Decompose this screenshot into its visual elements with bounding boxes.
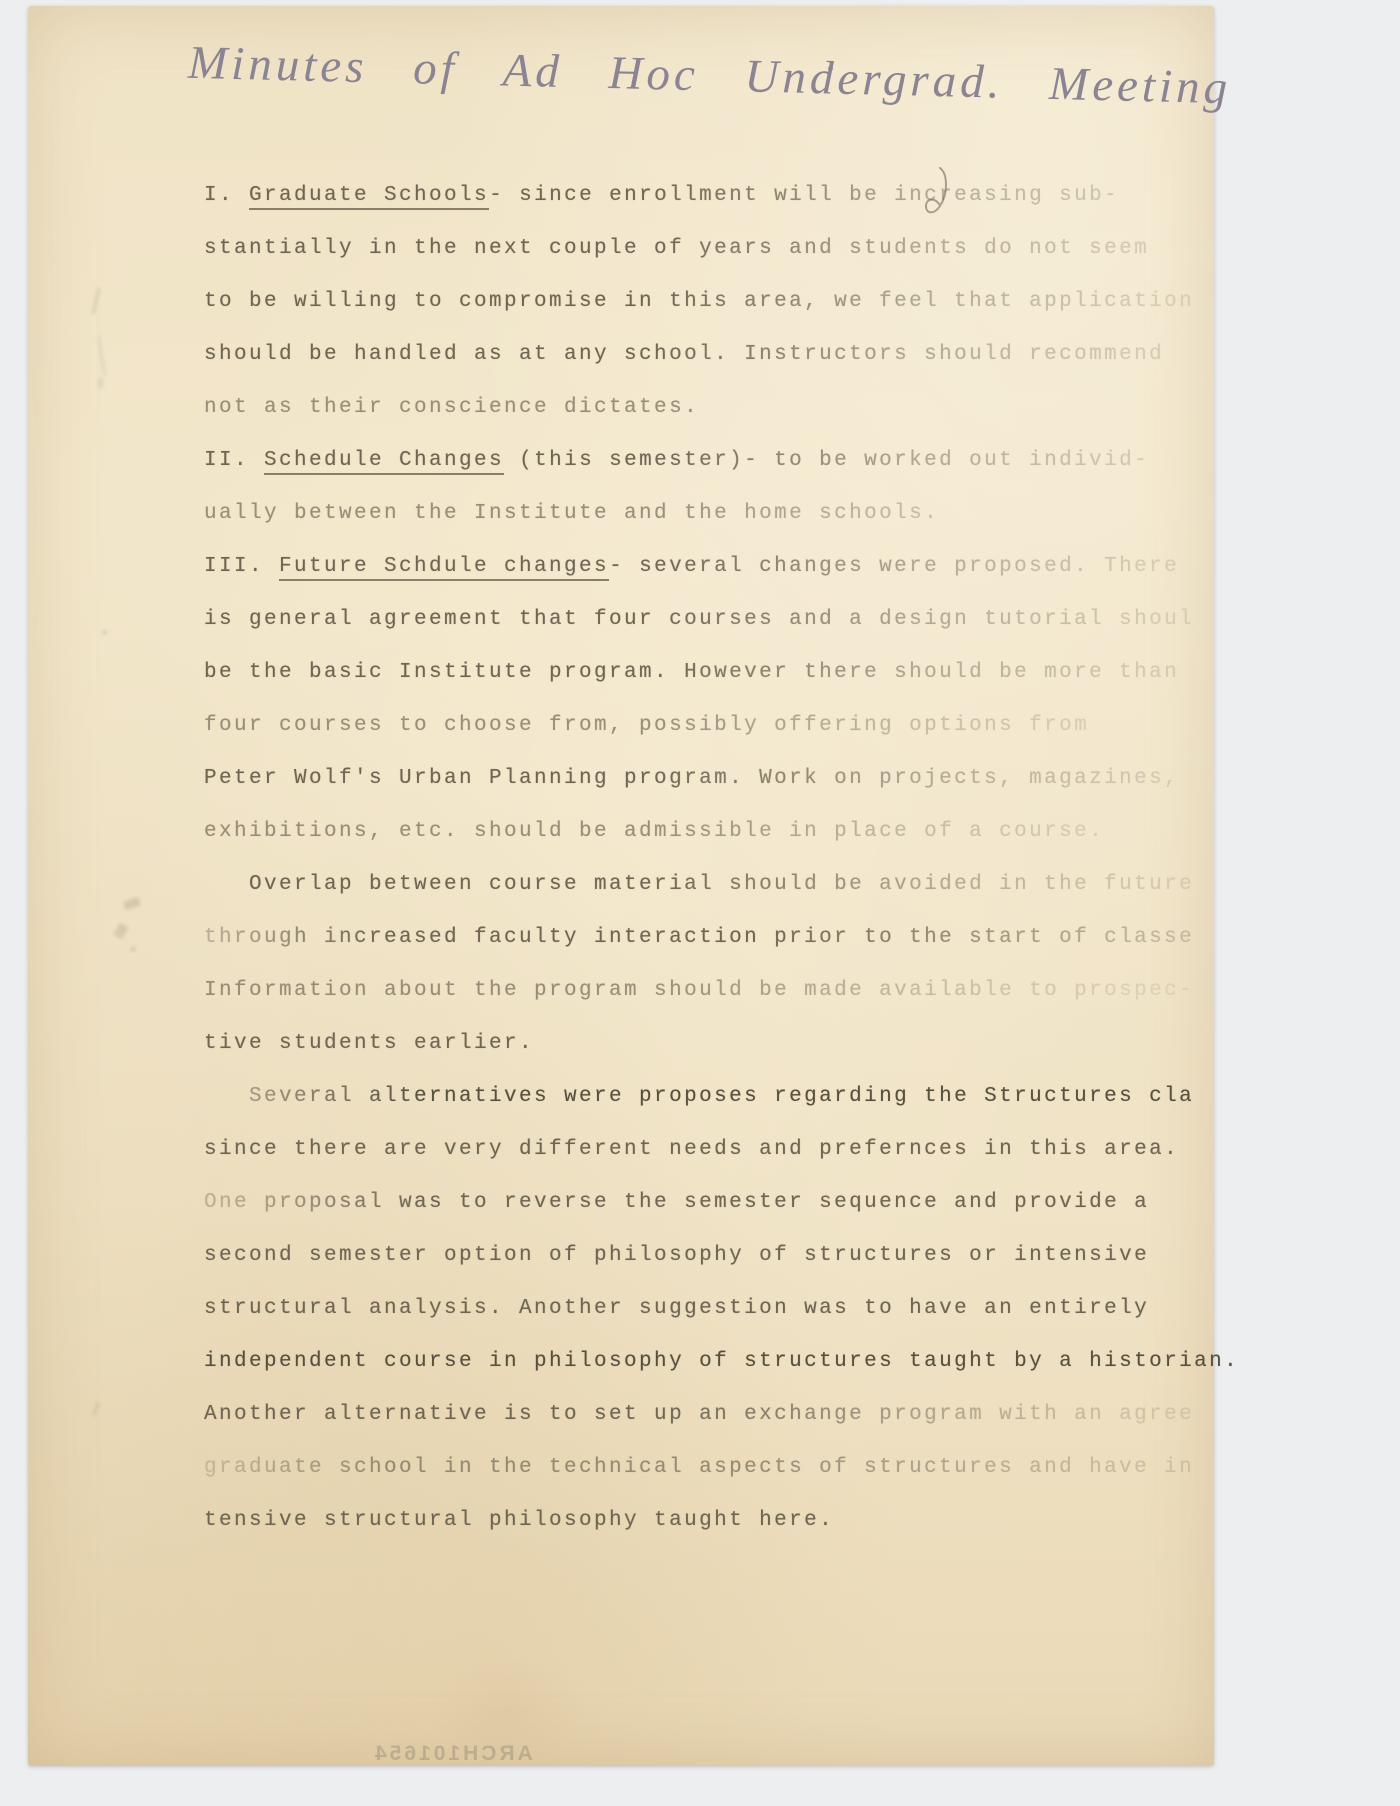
typed-line: be the basic Institute program. However … [204,661,1194,714]
typed-text: I. [204,184,249,207]
typed-text: graduate school in the technical aspects… [204,1456,1209,1479]
typed-line: One proposal was to reverse the semester… [204,1191,1194,1244]
typed-text: - several changes were proposed. There [609,555,1179,578]
typed-line: II. Schedule Changes (this semester)- to… [204,449,1194,502]
typed-line: graduate school in the technical aspects… [204,1456,1194,1509]
edge-smudge [130,946,136,952]
edge-smudge [91,288,100,314]
typed-text: tive students earlier. [204,1032,534,1055]
document-page: Minutes of Ad Hoc Undergrad. Meeting I. … [28,6,1214,1766]
typed-text: independent course in philosophy of stru… [204,1350,1239,1373]
typed-text: (this semester)- to be worked out indivi… [504,449,1149,472]
typed-line: second semester option of philosophy of … [204,1244,1194,1297]
typed-line: to be willing to compromise in this area… [204,290,1194,343]
typed-text: four courses to choose from, possibly of… [204,714,1089,737]
typed-text: Information about the program should be … [204,979,1194,1002]
typed-line: structural analysis. Another suggestion … [204,1297,1194,1350]
edge-smudge [98,378,103,388]
typed-line: stantially in the next couple of years a… [204,237,1194,290]
typed-text: through increased faculty interaction pr… [204,926,1224,949]
typed-line: since there are very different needs and… [204,1138,1194,1191]
typed-text: Peter Wolf's Urban Planning program. Wor… [204,767,1179,790]
typed-line: Peter Wolf's Urban Planning program. Wor… [204,767,1194,820]
typed-line: exhibitions, etc. should be admissible i… [204,820,1194,873]
typed-line: tive students earlier. [204,1032,1194,1085]
typed-text: Another alternative is to set up an exch… [204,1403,1254,1426]
typed-line: Overlap between course material should b… [204,873,1194,926]
typed-line: not as their conscience dictates. [204,396,1194,449]
underlined-heading-text: Future Schdule changes [279,555,609,581]
edge-smudge [92,1402,100,1417]
typed-line: tensive structural philosophy taught her… [204,1509,1194,1562]
underlined-heading-text: Schedule Changes [264,449,504,475]
typed-text: tensive structural philosophy taught her… [204,1509,834,1532]
typed-text: stantially in the next couple of years a… [204,237,1149,260]
typed-text: - since enrollment will be increasing su… [489,184,1119,207]
typed-line: Another alternative is to set up an exch… [204,1403,1194,1456]
typed-line: four courses to choose from, possibly of… [204,714,1194,767]
typed-text: ually between the Institute and the home… [204,502,939,525]
typed-line: Information about the program should be … [204,979,1194,1032]
typed-line: ually between the Institute and the home… [204,502,1194,555]
typed-text: Several alternatives were proposes regar… [204,1085,1224,1108]
typed-text: should be handled as at any school. Inst… [204,343,1164,366]
typed-line: Several alternatives were proposes regar… [204,1085,1194,1138]
typed-text: to be willing to compromise in this area… [204,290,1209,313]
typed-line: is general agreement that four courses a… [204,608,1194,661]
typed-text: One proposal was to reverse the semester… [204,1191,1149,1214]
typed-text: III. [204,555,279,578]
typed-line: III. Future Schdule changes- several cha… [204,555,1194,608]
handwritten-title: Minutes of Ad Hoc Undergrad. Meeting [187,36,1188,114]
typed-text: is general agreement that four courses a… [204,608,1209,631]
typed-text: since there are very different needs and… [204,1138,1179,1161]
typed-text: not as their conscience dictates. [204,396,699,419]
typed-body: I. Graduate Schools- since enrollment wi… [204,184,1194,1562]
typed-line: should be handled as at any school. Inst… [204,343,1194,396]
typed-text: second semester option of philosophy of … [204,1244,1149,1267]
typed-text: Overlap between course material should b… [204,873,1194,896]
ink-bleed-stain [428,1656,588,1766]
typed-line: independent course in philosophy of stru… [204,1350,1194,1403]
underlined-heading-text: Graduate Schools [249,184,489,210]
typed-line: I. Graduate Schools- since enrollment wi… [204,184,1194,237]
typed-line: through increased faculty interaction pr… [204,926,1194,979]
stray-pen-dot [828,66,833,71]
edge-smudge [102,630,107,635]
edge-smudge [97,336,106,376]
typed-text: exhibitions, etc. should be admissible i… [204,820,1104,843]
typed-text: be the basic Institute program. However … [204,661,1179,684]
scan-background: Minutes of Ad Hoc Undergrad. Meeting I. … [0,0,1400,1806]
typed-text: II. [204,449,264,472]
edge-smudge [113,922,129,939]
edge-smudge [123,897,141,911]
typed-text: structural analysis. Another suggestion … [204,1297,1149,1320]
